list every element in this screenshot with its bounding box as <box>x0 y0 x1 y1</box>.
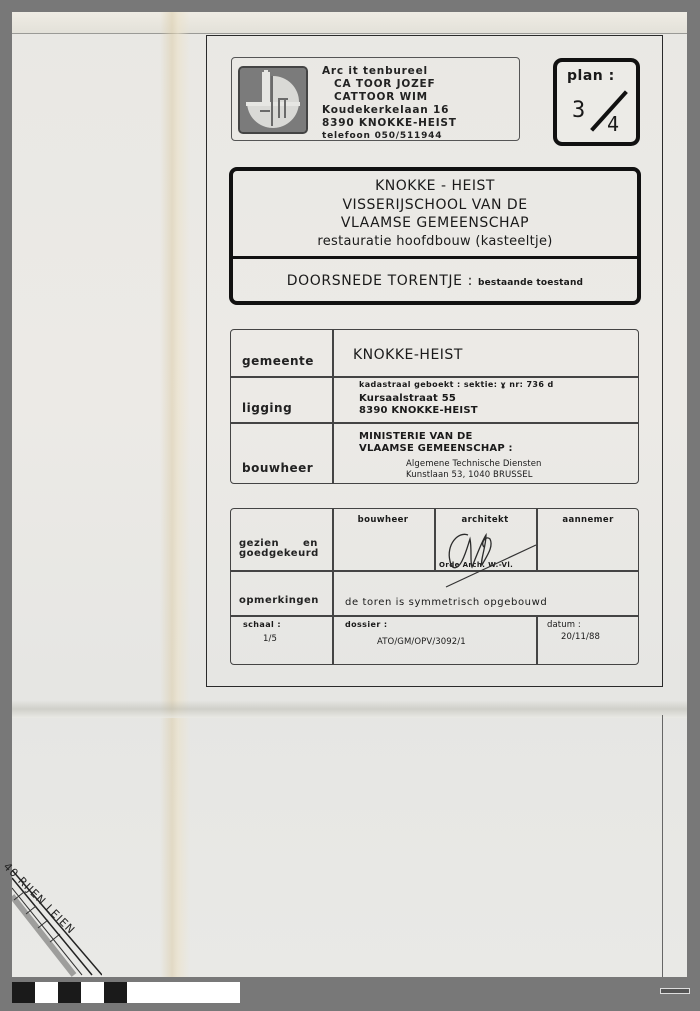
office-line: telefoon 050/511944 <box>322 130 517 143</box>
project-title-box: KNOKKE - HEIST VISSERIJSCHOOL VAN DE VLA… <box>229 167 641 305</box>
gemeente-label: gemeente <box>242 354 314 368</box>
scale-segment <box>58 982 81 1003</box>
table-divider <box>231 422 638 424</box>
plan-number-box: plan : 3 4 <box>553 58 640 146</box>
bouwheer-line-4: Kunstlaan 53, 1040 BRUSSEL <box>406 470 533 481</box>
signature-icon <box>436 517 546 592</box>
plan-label: plan : <box>567 68 615 84</box>
table-divider <box>332 509 334 665</box>
scale-segment <box>127 982 240 1003</box>
title-divider <box>233 256 637 259</box>
scale-segment <box>81 982 104 1003</box>
paper-top-strip <box>12 12 687 34</box>
architect-office-address: Arc it tenbureel CA TOOR JOZEF CATTOOR W… <box>322 65 517 143</box>
bouwheer-line-1: MINISTERIE VAN DE <box>359 431 473 444</box>
dossier-value: ATO/GM/OPV/3092/1 <box>377 637 466 648</box>
office-line: CATTOOR WIM <box>322 91 517 104</box>
datum-label: datum : <box>547 620 581 631</box>
datum-value: 20/11/88 <box>561 632 600 643</box>
table-divider <box>536 615 538 665</box>
table-divider <box>332 330 334 483</box>
gezien-label-line: goedgekeurd <box>239 549 319 559</box>
title-subline: restauratie hoofdbouw (kasteeltje) <box>233 233 637 252</box>
bouwheer-line-3: Algemene Technische Diensten <box>406 459 542 470</box>
address-line-2: 8390 KNOKKE-HEIST <box>359 405 478 418</box>
color-scale-bar <box>12 982 240 1003</box>
title-line: KNOKKE - HEIST <box>233 177 637 196</box>
section-state: bestaande toestand <box>478 278 583 288</box>
section-name: DOORSNEDE TORENTJE : <box>287 273 473 289</box>
opmerkingen-value: de toren is symmetrisch opgebouwd <box>345 597 547 608</box>
title-line: VLAAMSE GEMEENSCHAP <box>233 214 637 233</box>
title-line: VISSERIJSCHOOL VAN DE <box>233 196 637 215</box>
drawing-section-title: DOORSNEDE TORENTJE : bestaande toestand <box>233 273 637 289</box>
office-line: Koudekerkelaan 16 <box>322 104 517 117</box>
col-bouwheer: bouwheer <box>332 515 434 525</box>
scale-segment <box>104 982 127 1003</box>
table-divider <box>231 570 638 572</box>
project-title: KNOKKE - HEIST VISSERIJSCHOOL VAN DE VLA… <box>233 177 637 251</box>
drawing-border-line <box>662 715 663 977</box>
gemeente-value: KNOKKE-HEIST <box>353 347 463 363</box>
bouwheer-label: bouwheer <box>242 461 313 475</box>
schaal-label: schaal : <box>243 620 281 629</box>
col-aannemer: aannemer <box>536 515 640 525</box>
architect-logo-icon <box>238 66 308 134</box>
bouwheer-line-2: VLAAMSE GEMEENSCHAP : <box>359 443 513 456</box>
table-divider <box>231 615 638 617</box>
plan-total: 4 <box>607 112 619 136</box>
kadaster-value: kadastraal geboekt : sektie: ɣ nr: 736 d <box>359 380 554 389</box>
plan-number: 3 <box>572 98 585 123</box>
project-info-table: gemeente KNOKKE-HEIST ligging kadastraal… <box>230 329 639 484</box>
ligging-label: ligging <box>242 401 292 415</box>
approval-table: gezien en goedgekeurd bouwheer architekt… <box>230 508 639 665</box>
address-line-1: Kursaalstraat 55 <box>359 393 456 406</box>
vertical-fold <box>160 12 190 977</box>
gezien-label: gezien en goedgekeurd <box>239 539 319 559</box>
office-line: 8390 KNOKKE-HEIST <box>322 117 517 130</box>
office-line: CA TOOR JOZEF <box>322 78 517 91</box>
table-divider <box>231 376 638 378</box>
dossier-label: dossier : <box>345 620 387 629</box>
horizontal-fold <box>12 700 687 718</box>
opmerkingen-label: opmerkingen <box>239 595 319 606</box>
schaal-value: 1/5 <box>263 634 277 645</box>
archive-tag <box>660 988 690 994</box>
scale-segment <box>12 982 35 1003</box>
office-line: Arc it tenbureel <box>322 65 517 78</box>
scale-segment <box>35 982 58 1003</box>
